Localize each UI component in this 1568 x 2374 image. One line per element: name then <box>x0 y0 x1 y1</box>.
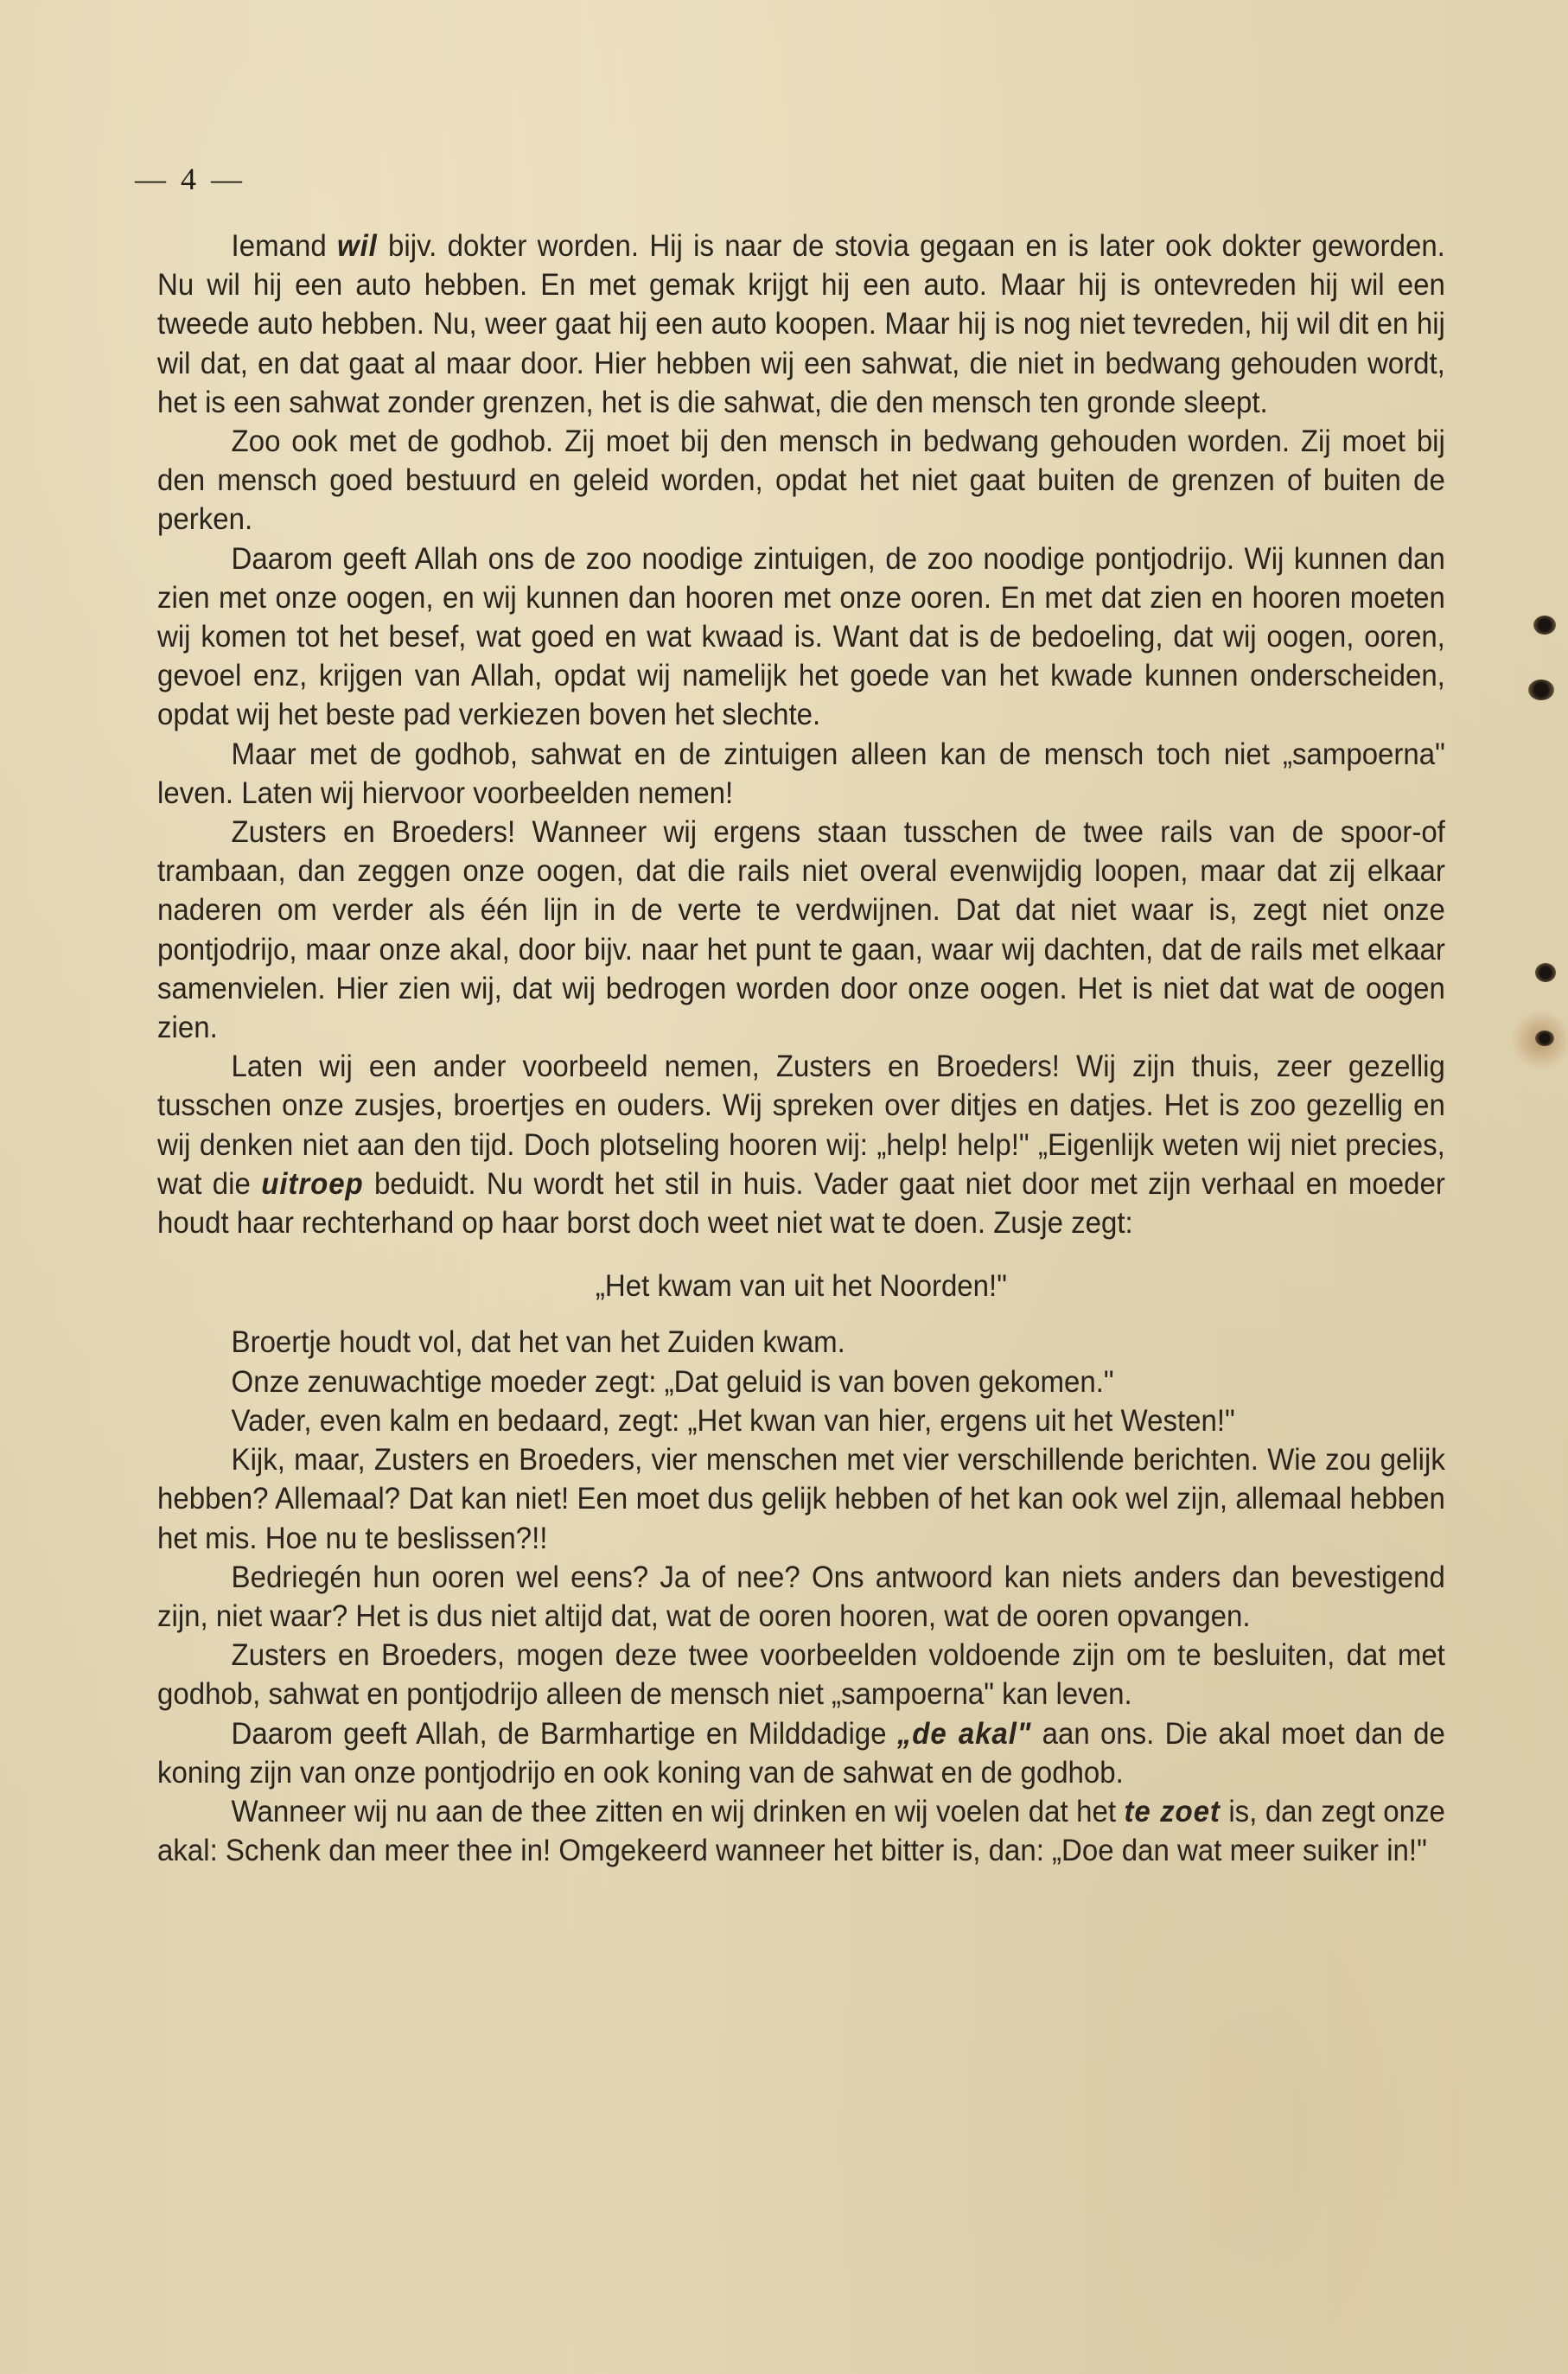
binding-hole-mark <box>1535 1031 1554 1046</box>
paragraph: Daarom geeft Allah ons de zoo noodige zi… <box>157 539 1445 735</box>
paragraph: Wanneer wij nu aan de thee zitten en wij… <box>157 1792 1445 1870</box>
binding-hole-mark <box>1528 680 1554 700</box>
emphasized-text: te zoet <box>1124 1794 1220 1828</box>
paragraph: Kijk, maar, Zusters en Broeders, vier me… <box>157 1440 1445 1558</box>
paragraph: Bedriegén hun ooren wel eens? Ja of nee?… <box>157 1558 1445 1636</box>
paragraph: Zoo ook met de godhob. Zij moet bij den … <box>157 422 1445 539</box>
body-text: Iemand wil bijv. dokter worden. Hij is n… <box>157 227 1445 1870</box>
paragraph: Iemand wil bijv. dokter worden. Hij is n… <box>157 227 1445 422</box>
paragraph: Laten wij een ander voorbeeld nemen, Zus… <box>157 1047 1445 1242</box>
binding-hole-mark <box>1535 963 1556 982</box>
paragraph: Maar met de godhob, sahwat en de zintuig… <box>157 735 1445 813</box>
paragraph: Onze zenuwachtige moeder zegt: „Dat gelu… <box>157 1362 1445 1401</box>
binding-hole-mark <box>1533 616 1556 635</box>
paragraph: Broertje houdt vol, dat het van het Zuid… <box>157 1323 1445 1362</box>
page-number: — 4 — <box>135 161 245 197</box>
paragraph: Vader, even kalm en bedaard, zegt: „Het … <box>157 1401 1445 1440</box>
paragraph: Daarom geeft Allah, de Barmhartige en Mi… <box>157 1714 1445 1792</box>
emphasized-text: wil <box>337 228 378 263</box>
emphasized-text: „de akal" <box>897 1716 1032 1751</box>
centered-quote: „Het kwam van uit het Noorden!" <box>157 1267 1445 1305</box>
paragraph: Zusters en Broeders! Wanneer wij ergens … <box>157 813 1445 1047</box>
paragraph: Zusters en Broeders, mogen deze twee voo… <box>157 1636 1445 1713</box>
emphasized-text: uitroep <box>261 1166 363 1201</box>
